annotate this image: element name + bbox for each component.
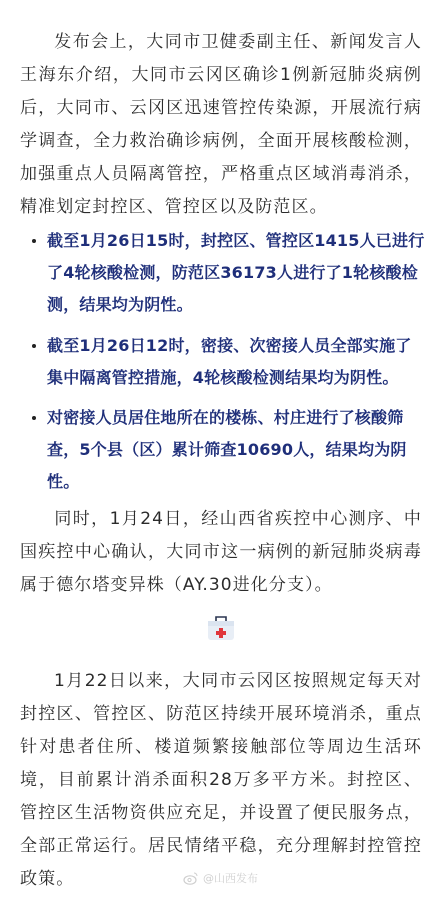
- weibo-icon: [183, 871, 199, 885]
- paragraph-text: 发布会上，大同市卫健委副主任、新闻发言人王海东介绍，大同市云冈区确诊1例新冠肺炎…: [20, 32, 422, 217]
- bullet-text: 对密接人员居住地所在的楼栋、村庄进行了核酸筛查，5个县（区）累计筛查10690人…: [47, 408, 407, 491]
- medical-kit-icon: [206, 614, 236, 642]
- paragraph-text: 1月22日以来，大同市云冈区按照规定每天对封控区、管控区、防范区持续开展环境消杀…: [20, 671, 422, 889]
- paragraph-variant: 同时，1月24日，经山西省疾控中心测序、中国疾控中心确认，大同市这一病例的新冠肺…: [20, 503, 422, 602]
- paragraph-text: 同时，1月24日，经山西省疾控中心测序、中国疾控中心确认，大同市这一病例的新冠肺…: [20, 509, 422, 595]
- bullet-text: 截至1月26日15时，封控区、管控区1415人已进行了4轮核酸检测，防范区361…: [47, 231, 424, 314]
- bullet-item: 截至1月26日12时，密接、次密接人员全部实施了集中隔离管控措施，4轮核酸检测结…: [47, 330, 427, 394]
- bullet-dot: [32, 239, 36, 243]
- bullet-dot: [32, 416, 36, 420]
- paragraph-disinfection: 1月22日以来，大同市云冈区按照规定每天对封控区、管控区、防范区持续开展环境消杀…: [20, 665, 422, 896]
- bullet-text: 截至1月26日12时，密接、次密接人员全部实施了集中隔离管控措施，4轮核酸检测结…: [47, 336, 411, 387]
- watermark-text: @山西发布: [203, 870, 258, 886]
- bullet-item: 对密接人员居住地所在的楼栋、村庄进行了核酸筛查，5个县（区）累计筛查10690人…: [47, 402, 427, 498]
- bullet-dot: [32, 344, 36, 348]
- bullet-item: 截至1月26日15时，封控区、管控区1415人已进行了4轮核酸检测，防范区361…: [47, 225, 427, 321]
- paragraph-press-conference: 发布会上，大同市卫健委副主任、新闻发言人王海东介绍，大同市云冈区确诊1例新冠肺炎…: [20, 26, 422, 224]
- watermark: @山西发布: [183, 868, 258, 888]
